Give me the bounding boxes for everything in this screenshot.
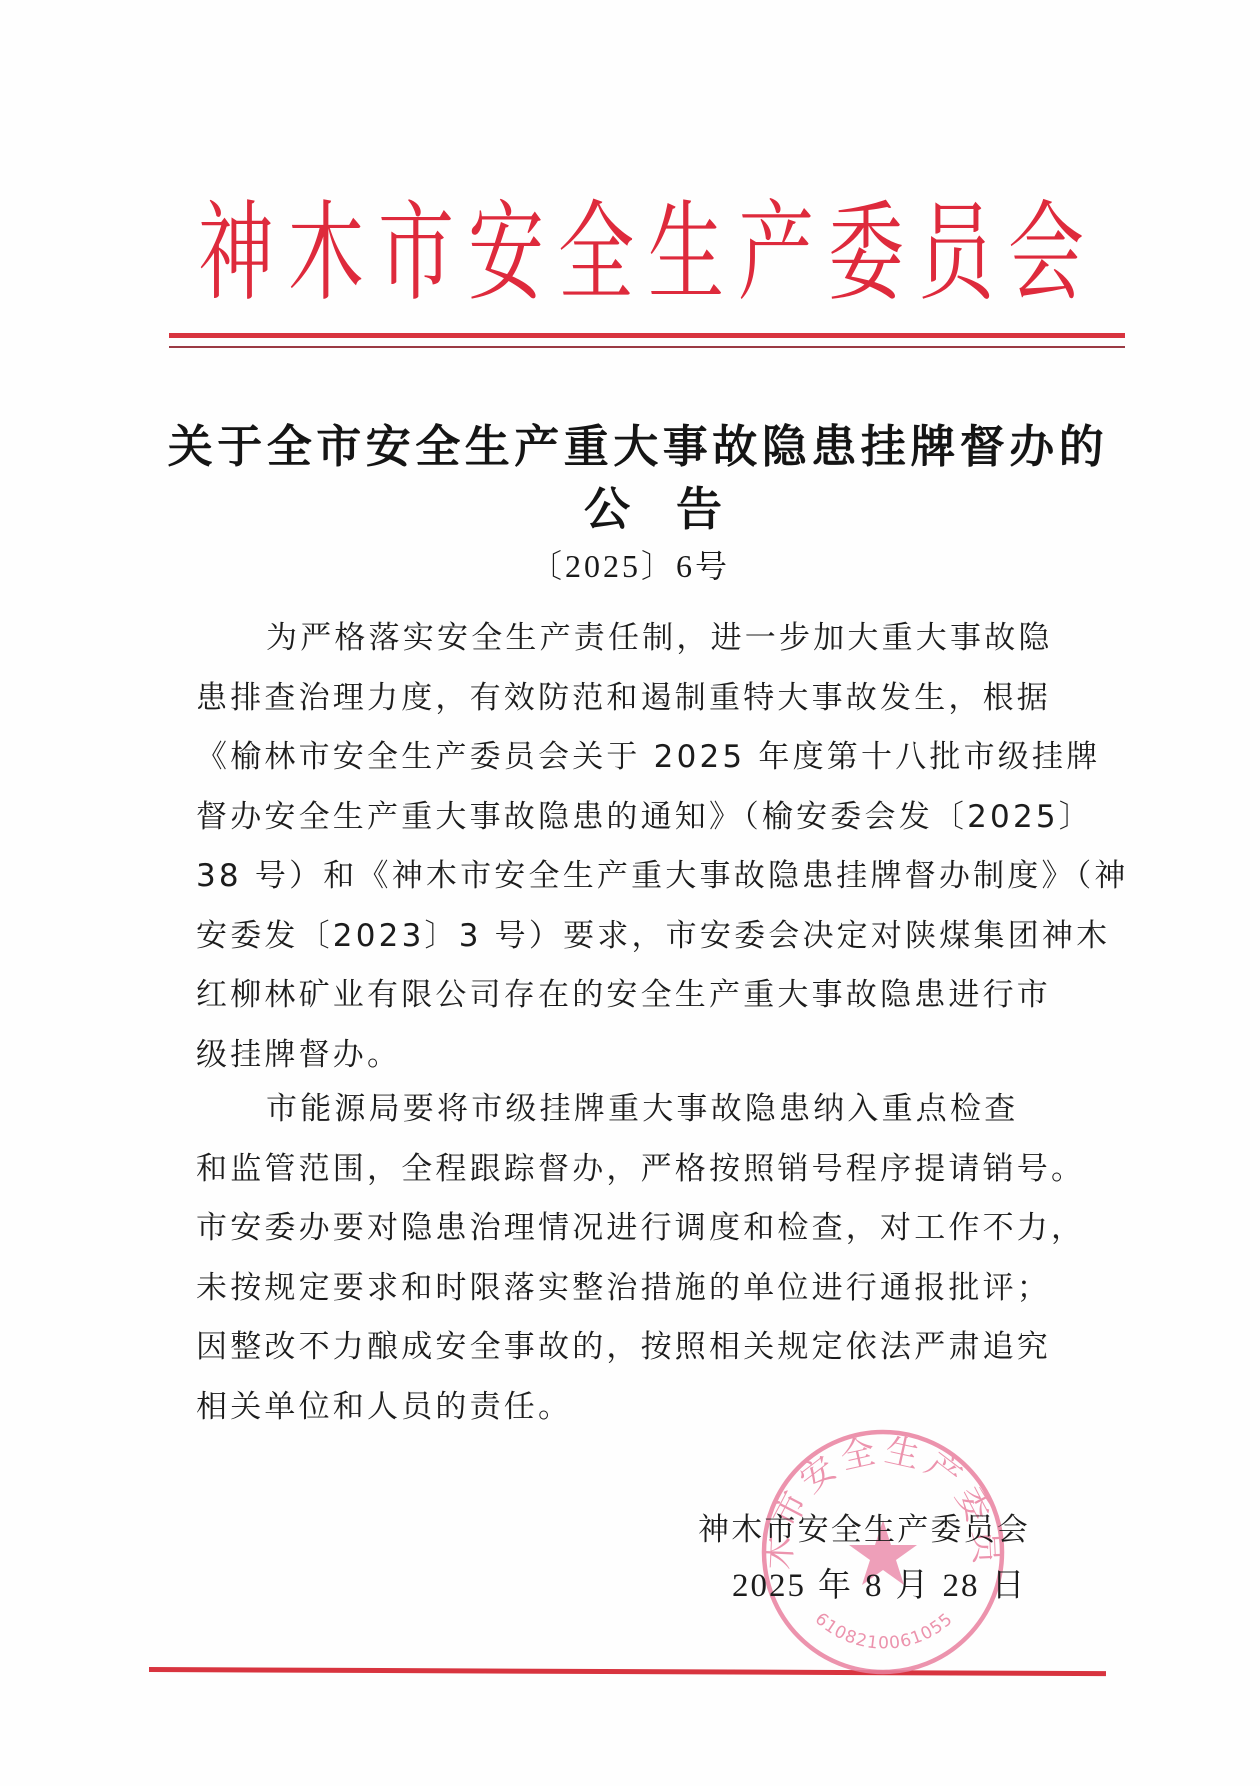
seal-serial-number: 6108210061055 xyxy=(811,1609,957,1654)
document-type-heading: 公告 xyxy=(0,480,1260,538)
masthead-char: 木 xyxy=(286,199,366,307)
official-seal-stamp: 神木市安全生产委员会 6108210061055 xyxy=(760,1428,1006,1676)
body-paragraph-1: 为严格落实安全生产责任制，进一步加大重大事故隐 患排查治理力度，有效防范和遏制重… xyxy=(196,609,1076,1085)
masthead-char: 员 xyxy=(916,199,996,307)
masthead-char: 生 xyxy=(646,199,726,307)
document-title: 关于全市安全生产重大事故隐患挂牌督办的 xyxy=(0,418,1260,476)
masthead-char: 市 xyxy=(376,199,456,307)
date-month-unit: 月 xyxy=(896,1568,931,1604)
body-line: 市安委办要对隐患治理情况进行调度和检查，对工作不力， xyxy=(196,1199,1076,1259)
date-year-unit: 年 xyxy=(818,1568,853,1604)
body-line: 红柳林矿业有限公司存在的安全生产重大事故隐患进行市 xyxy=(196,966,1076,1026)
body-line: 38 号）和《神木市安全生产重大事故隐患挂牌督办制度》（神 xyxy=(196,847,1076,907)
date-year: 2025 xyxy=(732,1568,806,1604)
date-day: 28 xyxy=(943,1568,980,1604)
masthead-rule-thin xyxy=(169,346,1125,348)
body-line: 安委发〔2023〕3 号）要求，市安委会决定对陕煤集团神木 xyxy=(196,907,1076,967)
signature-date: 2025年8月28日 xyxy=(732,1564,1027,1608)
body-line: 未按规定要求和时限落实整治措施的单位进行通报批评； xyxy=(196,1259,1076,1319)
body-line: 级挂牌督办。 xyxy=(196,1026,1076,1086)
masthead-org-name: 神 木 市 安 全 生 产 委 员 会 xyxy=(196,188,1086,318)
body-line: 患排查治理力度，有效防范和遏制重特大事故发生，根据 xyxy=(196,669,1076,729)
body-line: 市能源局要将市级挂牌重大事故隐患纳入重点检查 xyxy=(196,1080,1076,1140)
masthead-char: 全 xyxy=(556,199,636,307)
masthead-rule-thick xyxy=(169,333,1125,338)
masthead-char: 会 xyxy=(1006,199,1086,307)
body-line: 督办安全生产重大事故隐患的通知》（榆安委会发〔2025〕 xyxy=(196,788,1076,848)
body-paragraph-2: 市能源局要将市级挂牌重大事故隐患纳入重点检查 和监管范围，全程跟踪督办，严格按照… xyxy=(196,1080,1076,1437)
masthead-char: 产 xyxy=(736,199,816,307)
masthead-char: 神 xyxy=(196,199,276,307)
document-page: 神 木 市 安 全 生 产 委 员 会 关于全市安全生产重大事故隐患挂牌督办的 … xyxy=(0,0,1260,1786)
date-month: 8 xyxy=(865,1568,884,1604)
body-line: 因整改不力酿成安全事故的，按照相关规定依法严肃追究 xyxy=(196,1318,1076,1378)
body-line: 为严格落实安全生产责任制，进一步加大重大事故隐 xyxy=(196,609,1076,669)
date-day-unit: 日 xyxy=(992,1568,1027,1604)
body-line: 和监管范围，全程跟踪督办，严格按照销号程序提请销号。 xyxy=(196,1140,1076,1200)
masthead-char: 安 xyxy=(466,199,546,307)
signature-organization: 神木市安全生产委员会 xyxy=(698,1508,1030,1552)
document-number: 〔2025〕6号 xyxy=(0,544,1260,588)
body-line: 《榆林市安全生产委员会关于 2025 年度第十八批市级挂牌 xyxy=(196,728,1076,788)
masthead-char: 委 xyxy=(826,199,906,307)
